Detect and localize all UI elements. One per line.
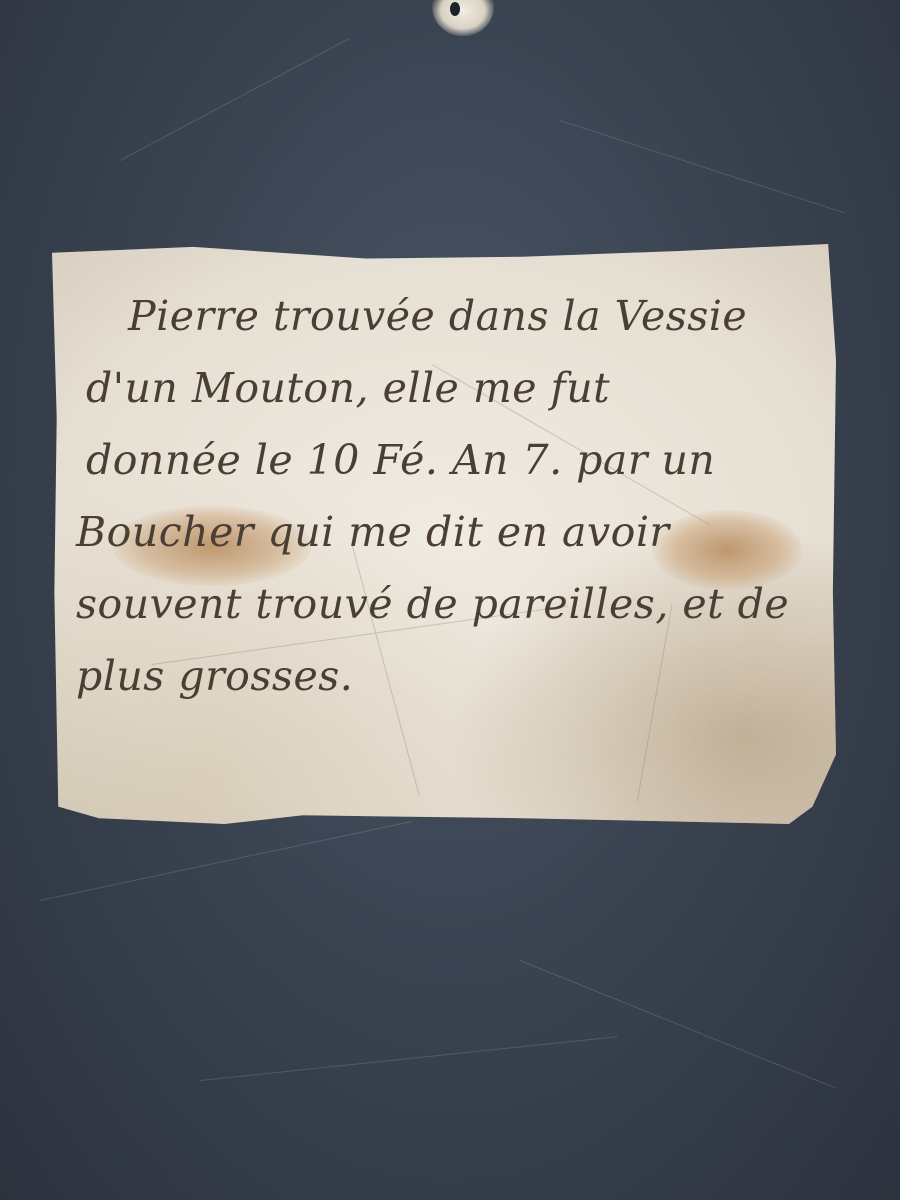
surface-scratch: [200, 1036, 618, 1081]
note-line-6: plus grosses.: [76, 640, 836, 712]
note-line-3: donnée le 10 Fé. An 7. par un: [76, 424, 836, 496]
surface-scratch: [40, 821, 412, 901]
note-line-4: Boucher qui me dit en avoir: [76, 496, 836, 568]
surface-scratch: [560, 120, 846, 214]
handwritten-text: Pierre trouvée dans la Vessie d'un Mouto…: [76, 280, 836, 712]
note-line-2: d'un Mouton, elle me fut: [76, 352, 836, 424]
surface-scratch: [520, 960, 836, 1088]
note-line-5: souvent trouvé de pareilles, et de: [76, 568, 836, 640]
twine-knot: [432, 0, 494, 36]
note-line-1: Pierre trouvée dans la Vessie: [76, 280, 836, 352]
surface-scratch: [120, 38, 350, 161]
